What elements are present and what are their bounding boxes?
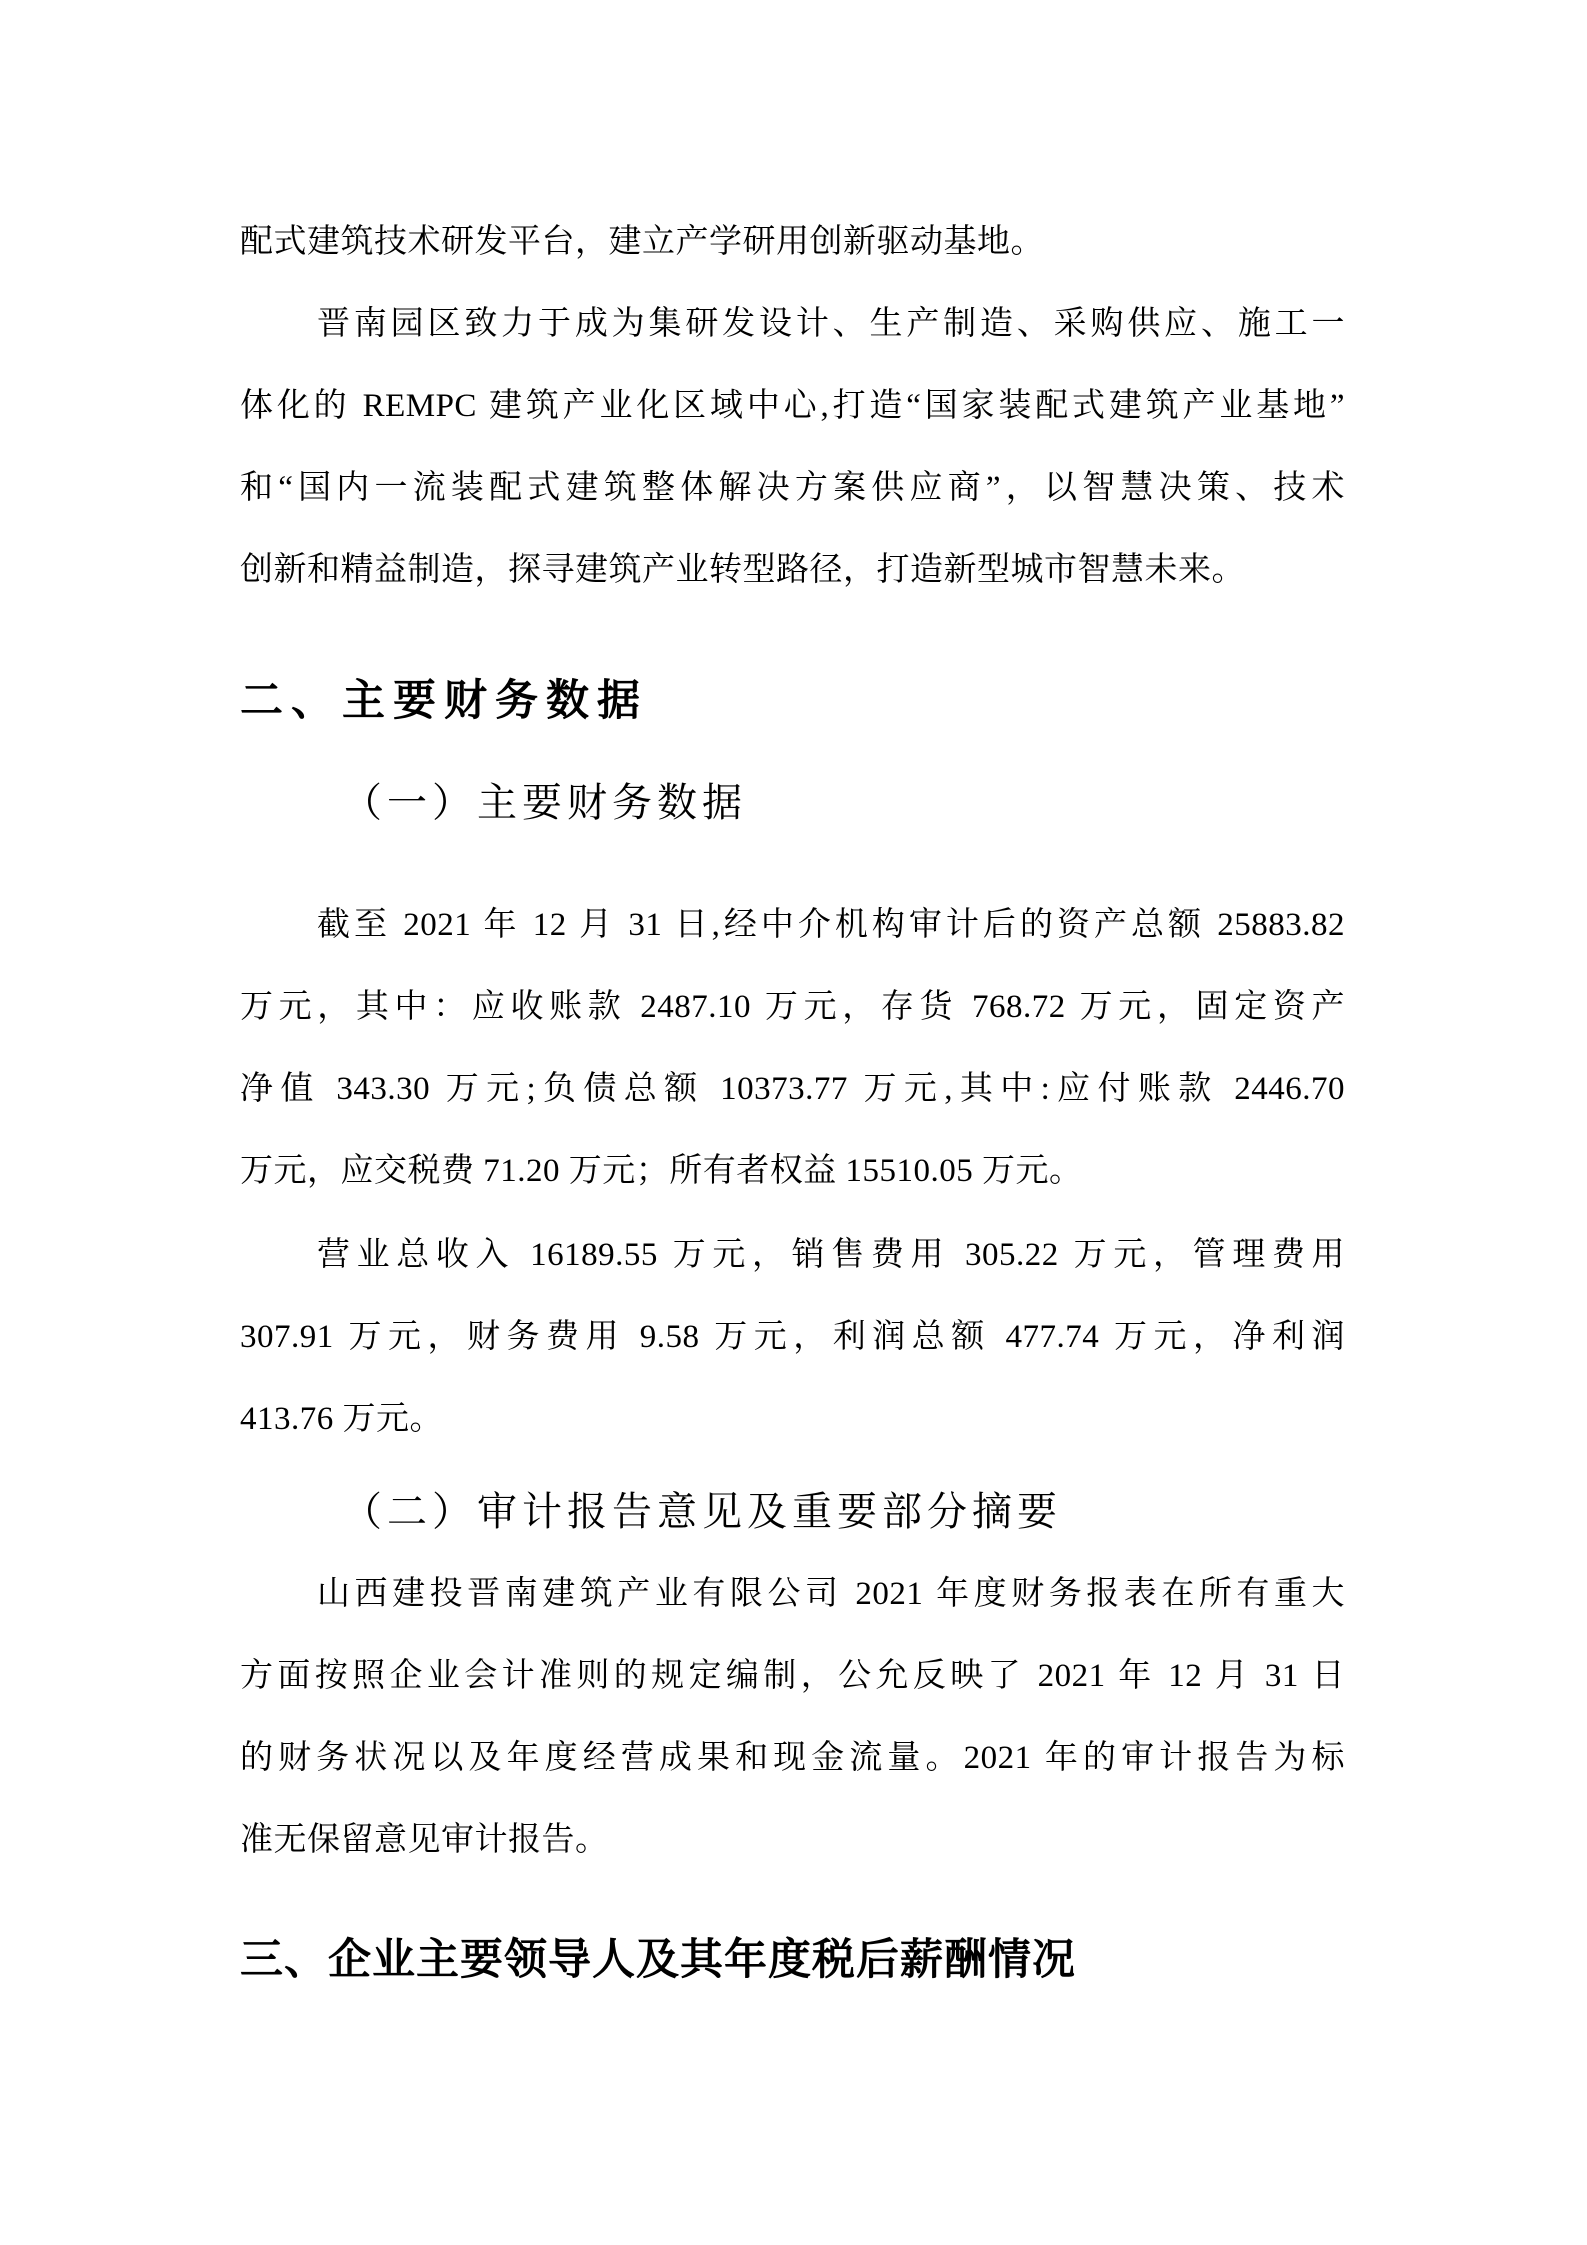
body-text-line: 和“国内一流装配式建筑整体解决方案供应商”，以智慧决策、技术: [240, 447, 1345, 529]
paragraph-platform-end: 配式建筑技术研发平台，建立产学研用创新驱动基地。: [240, 201, 1345, 283]
body-text-line: 413.76 万元。: [240, 1378, 1345, 1460]
page-content: 配式建筑技术研发平台，建立产学研用创新驱动基地。 晋南园区致力于成为集研发设计、…: [240, 0, 1345, 1991]
body-text-line: 307.91 万元，财务费用 9.58 万元，利润总额 477.74 万元，净利…: [240, 1296, 1345, 1378]
body-text-line: 配式建筑技术研发平台，建立产学研用创新驱动基地。: [240, 201, 1345, 283]
subsection-heading-main-data: （一）主要财务数据: [240, 772, 1345, 834]
section-heading-leaders-salary: 三、企业主要领导人及其年度税后薪酬情况: [240, 1929, 1345, 1991]
body-text-line: 体化的 REMPC 建筑产业化区域中心,打造“国家装配式建筑产业基地”: [240, 365, 1345, 447]
body-text-line: 方面按照企业会计准则的规定编制，公允反映了 2021 年 12 月 31 日: [240, 1635, 1345, 1717]
body-text-line: 准无保留意见审计报告。: [240, 1799, 1345, 1881]
document-page: 配式建筑技术研发平台，建立产学研用创新驱动基地。 晋南园区致力于成为集研发设计、…: [0, 0, 1587, 2245]
paragraph-audit-report: 山西建投晋南建筑产业有限公司 2021 年度财务报表在所有重大 方面按照企业会计…: [240, 1553, 1345, 1881]
body-text-line: 截至 2021 年 12 月 31 日,经中介机构审计后的资产总额 25883.…: [240, 884, 1345, 966]
subsection-heading-audit-opinion: （二）审计报告意见及重要部分摘要: [240, 1481, 1345, 1543]
body-text-line: 万元，应交税费 71.20 万元；所有者权益 15510.05 万元。: [240, 1130, 1345, 1212]
body-text-line: 万元，其中：应收账款 2487.10 万元，存货 768.72 万元，固定资产: [240, 966, 1345, 1048]
paragraph-income-statement: 营业总收入 16189.55 万元，销售费用 305.22 万元，管理费用 30…: [240, 1214, 1345, 1460]
body-text-line: 晋南园区致力于成为集研发设计、生产制造、采购供应、施工一: [240, 283, 1345, 365]
section-heading-finance: 二、主要财务数据: [240, 670, 1345, 732]
body-text-line: 山西建投晋南建筑产业有限公司 2021 年度财务报表在所有重大: [240, 1553, 1345, 1635]
body-text-line: 营业总收入 16189.55 万元，销售费用 305.22 万元，管理费用: [240, 1214, 1345, 1296]
body-text-line: 净值 343.30 万元;负债总额 10373.77 万元,其中:应付账款 24…: [240, 1048, 1345, 1130]
paragraph-balance-sheet: 截至 2021 年 12 月 31 日,经中介机构审计后的资产总额 25883.…: [240, 884, 1345, 1212]
body-text-line: 的财务状况以及年度经营成果和现金流量。2021 年的审计报告为标: [240, 1717, 1345, 1799]
body-text-line: 创新和精益制造，探寻建筑产业转型路径，打造新型城市智慧未来。: [240, 529, 1345, 611]
paragraph-jinnan-park: 晋南园区致力于成为集研发设计、生产制造、采购供应、施工一 体化的 REMPC 建…: [240, 283, 1345, 611]
